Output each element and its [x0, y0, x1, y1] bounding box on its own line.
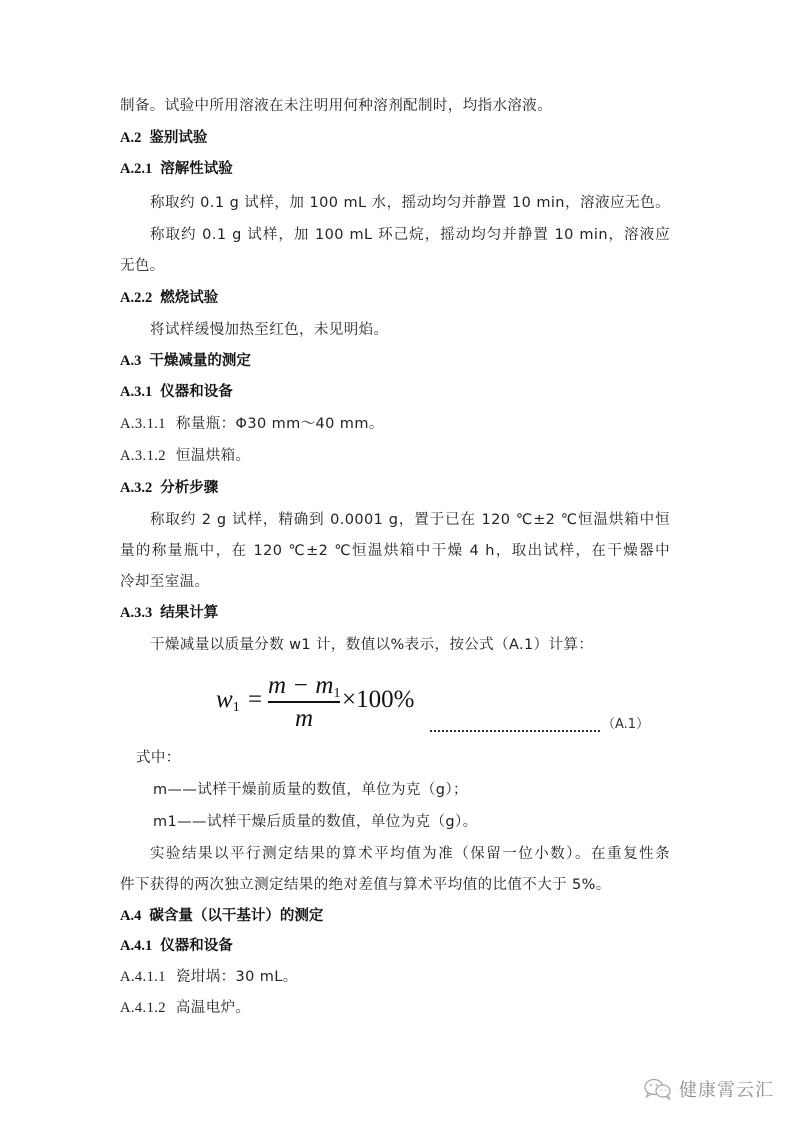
- watermark: 健康霄云汇: [643, 1074, 774, 1104]
- list-item-a4-1-2: A.4.1.2高温电炉。: [120, 998, 670, 1018]
- section-title: 结果计算: [160, 605, 218, 621]
- section-title: 燃烧试验: [160, 290, 218, 306]
- section-number: A.3: [120, 353, 141, 369]
- section-number: A.2.1: [120, 161, 152, 177]
- item-number: A.4.1.2: [120, 1000, 166, 1016]
- formula-subscript: 1: [233, 700, 240, 715]
- section-number: A.4.1: [120, 938, 152, 954]
- section-heading-a2-2: A.2.2燃烧试验: [120, 288, 218, 308]
- formula-variable: w: [216, 686, 233, 713]
- formula-a1: w1 = m − m1 m ×100%: [216, 672, 426, 736]
- fraction-bar: [268, 701, 340, 703]
- section-title: 鉴别试验: [149, 130, 207, 146]
- paragraph-line: 无色。: [120, 256, 670, 276]
- paragraph-line: 称取约 0.1 g 试样，加 100 mL 水，摇动均匀并静置 10 min，溶…: [150, 193, 670, 213]
- equation-label: （A.1）: [602, 716, 649, 734]
- section-heading-a4: A.4碳含量（以干基计）的测定: [120, 906, 323, 926]
- section-number: A.3.1: [120, 384, 152, 400]
- section-number: A.2.2: [120, 290, 152, 306]
- paragraph-line: 冷却至室温。: [120, 572, 670, 592]
- item-number: A.4.1.1: [120, 969, 166, 985]
- section-number: A.3.3: [120, 605, 152, 621]
- section-number: A.2: [120, 130, 141, 146]
- section-title: 仪器和设备: [160, 384, 233, 400]
- section-heading-a2: A.2鉴别试验: [120, 128, 207, 148]
- formula-denominator: m: [268, 705, 340, 733]
- section-title: 溶解性试验: [160, 161, 233, 177]
- numerator-text: m − m: [268, 672, 333, 699]
- section-title: 干燥减量的测定: [149, 353, 251, 369]
- wechat-icon: [643, 1077, 673, 1101]
- definition-m1: m1——试样干燥后质量的数值，单位为克（g）。: [153, 812, 703, 832]
- formula-equals: =: [248, 686, 262, 714]
- dotted-leader: [430, 716, 600, 732]
- paragraph-line: 称取约 0.1 g 试样，加 100 mL 环己烷，摇动均匀并静置 10 min…: [150, 225, 670, 245]
- formula-lhs: w1: [216, 686, 240, 716]
- list-item-a3-1-1: A.3.1.1称量瓶：Φ30 mm～40 mm。: [120, 414, 670, 434]
- section-heading-a3-2: A.3.2分析步骤: [120, 478, 218, 498]
- paragraph-line: 将试样缓慢加热至红色，未见明焰。: [150, 320, 670, 340]
- section-heading-a3-1: A.3.1仪器和设备: [120, 382, 233, 402]
- formula-numerator: m − m1: [268, 672, 340, 700]
- paragraph-line: 实验结果以平行测定结果的算术平均值为准（保留一位小数）。在重复性条: [150, 844, 670, 864]
- item-text: 恒温烘箱。: [176, 448, 251, 464]
- section-heading-a3-3: A.3.3结果计算: [120, 603, 218, 623]
- paragraph-line: 件下获得的两次独立测定结果的绝对差值与算术平均值的比值不大于 5%。: [120, 875, 670, 895]
- section-heading-a2-1: A.2.1溶解性试验: [120, 159, 233, 179]
- item-text: 称量瓶：Φ30 mm～40 mm。: [176, 416, 384, 432]
- document-page: 制备。试验中所用溶液在未注明用何种溶剂配制时，均指水溶液。 A.2鉴别试验 A.…: [0, 0, 794, 1123]
- paragraph-line: 称取约 2 g 试样，精确到 0.0001 g，置于已在 120 ℃±2 ℃恒温…: [150, 510, 670, 530]
- paragraph-line: 式中：: [136, 748, 686, 768]
- section-heading-a3: A.3干燥减量的测定: [120, 351, 251, 371]
- section-heading-a4-1: A.4.1仪器和设备: [120, 936, 233, 956]
- item-number: A.3.1.1: [120, 416, 166, 432]
- list-item-a4-1-1: A.4.1.1瓷坩埚：30 mL。: [120, 967, 670, 987]
- formula-fraction: m − m1 m: [268, 672, 340, 733]
- watermark-text: 健康霄云汇: [679, 1076, 774, 1102]
- item-text: 高温电炉。: [176, 1000, 251, 1016]
- formula-subscript: 1: [333, 686, 340, 701]
- list-item-a3-1-2: A.3.1.2恒温烘箱。: [120, 446, 670, 466]
- section-title: 碳含量（以干基计）的测定: [149, 908, 323, 924]
- definition-m: m——试样干燥前质量的数值，单位为克（g）；: [153, 780, 703, 800]
- item-number: A.3.1.2: [120, 448, 166, 464]
- section-title: 仪器和设备: [160, 938, 233, 954]
- paragraph-line: 量的称量瓶中，在 120 ℃±2 ℃恒温烘箱中干燥 4 h，取出试样，在干燥器中: [120, 541, 670, 561]
- section-number: A.4: [120, 908, 141, 924]
- section-title: 分析步骤: [160, 480, 218, 496]
- paragraph-line: 制备。试验中所用溶液在未注明用何种溶剂配制时，均指水溶液。: [120, 96, 670, 116]
- section-number: A.3.2: [120, 480, 152, 496]
- formula-multiplier: ×100%: [342, 686, 414, 714]
- item-text: 瓷坩埚：30 mL。: [176, 969, 298, 985]
- paragraph-line: 干燥减量以质量分数 w1 计，数值以%表示，按公式（A.1）计算：: [150, 635, 670, 655]
